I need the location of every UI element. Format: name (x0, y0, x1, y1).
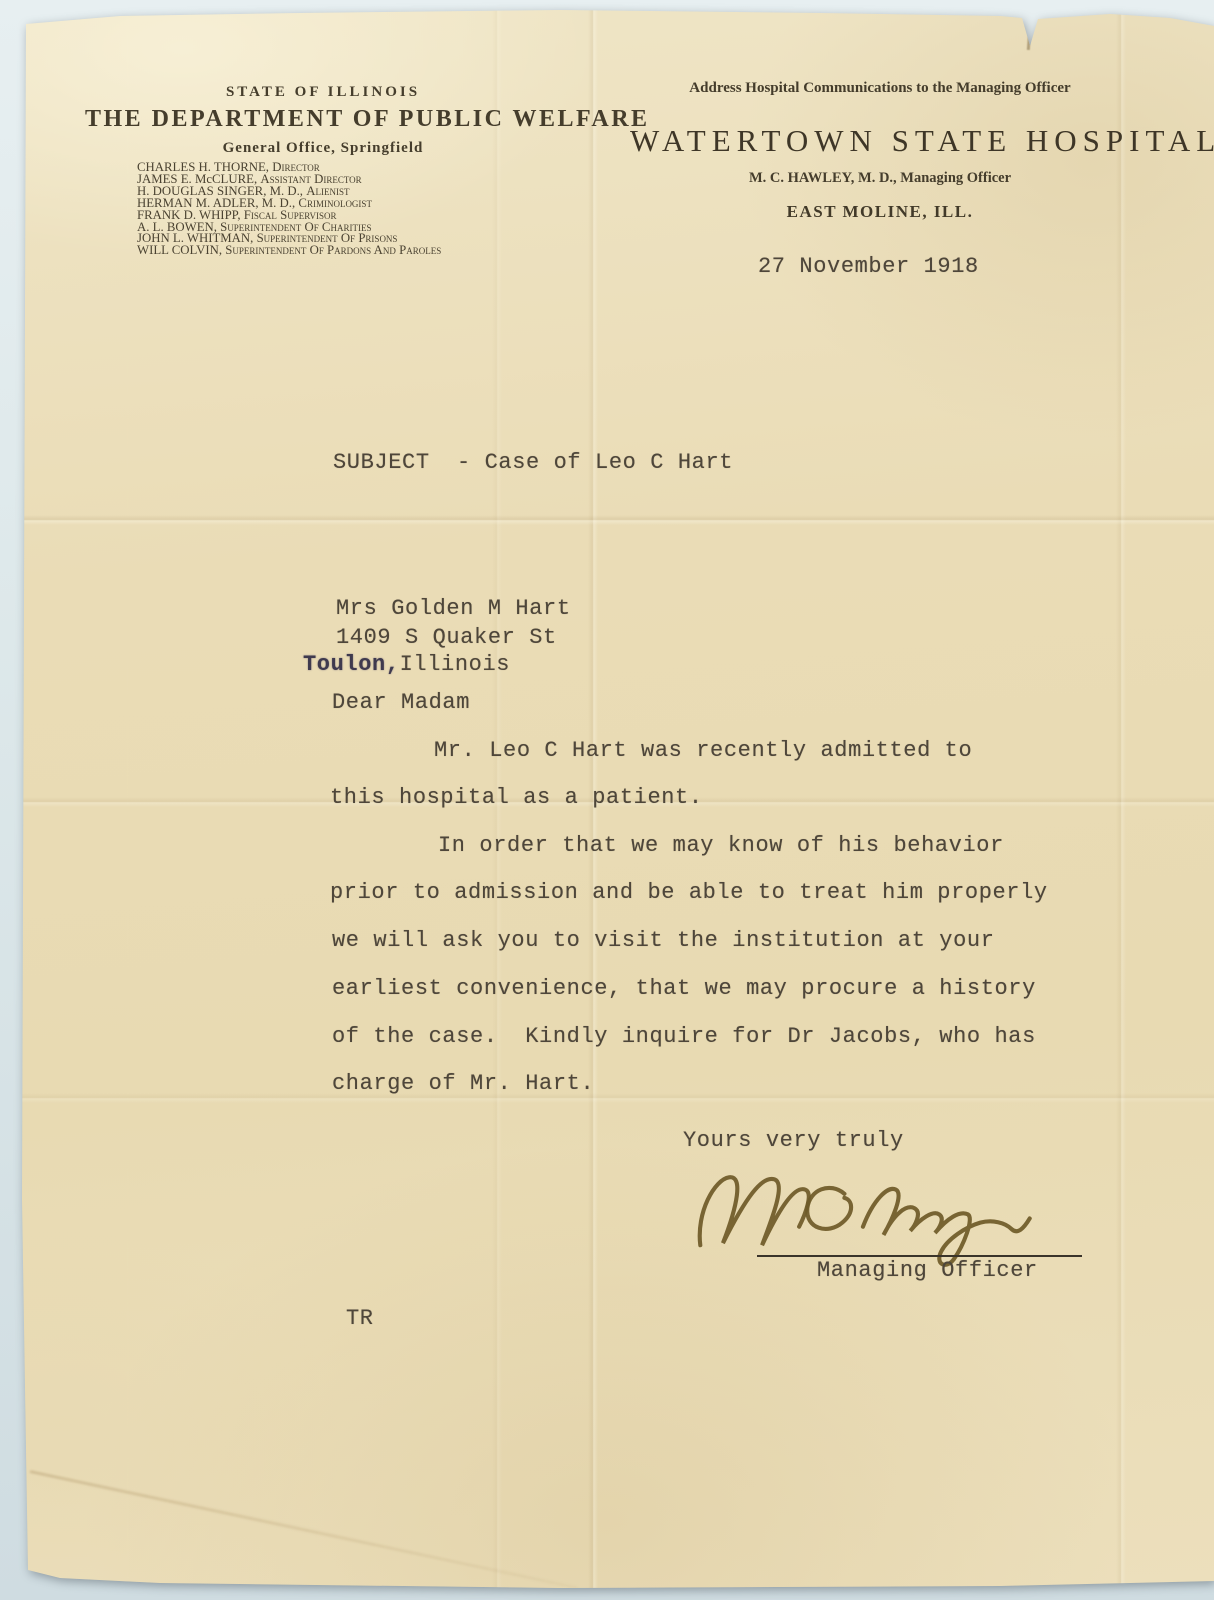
fold-crease-horizontal-upper (0, 515, 1214, 525)
subject-value: - Case of Leo C Hart (457, 450, 733, 475)
body-line: charge of Mr. Hart. (332, 1071, 594, 1096)
official-name: WILL COLVIN, (137, 243, 222, 257)
letter-paper: STATE OF ILLINOIS THE DEPARTMENT OF PUBL… (0, 0, 1214, 1600)
letterhead-left: STATE OF ILLINOIS THE DEPARTMENT OF PUBL… (85, 84, 561, 157)
subject-label: SUBJECT (333, 450, 430, 475)
state-of-illinois-heading: STATE OF ILLINOIS (85, 84, 561, 101)
city-stamp: Toulon, (303, 652, 400, 677)
body-line: prior to admission and be able to treat … (330, 880, 1048, 905)
recipient-city-line: Toulon,Illinois (303, 652, 510, 677)
body-line: In order that we may know of his behavio… (438, 833, 1004, 858)
paper-tear (1027, 16, 1032, 50)
signature-title: Managing Officer (817, 1258, 1038, 1283)
recipient-street: 1409 S Quaker St (336, 625, 557, 650)
crease-diagonal-bottom-left (30, 1470, 578, 1589)
signature-rule (757, 1255, 1082, 1257)
date-line: 27 November 1918 (758, 254, 979, 279)
body-line: earliest convenience, that we may procur… (332, 976, 1036, 1001)
recipient-state: Illinois (400, 652, 510, 677)
managing-officer-line: M. C. HAWLEY, M. D., Managing Officer (630, 170, 1130, 187)
letterhead-right: Address Hospital Communications to the M… (630, 80, 1130, 222)
body-line: this hospital as a patient. (330, 785, 703, 810)
fold-crease-vertical-right (1116, 0, 1126, 1600)
typist-initials: TR (346, 1306, 374, 1331)
body-line: we will ask you to visit the institution… (332, 928, 995, 953)
official-row: WILL COLVIN, Superintendent of Pardons a… (137, 245, 441, 257)
department-heading: THE DEPARTMENT OF PUBLIC WELFARE (85, 106, 561, 133)
recipient-name: Mrs Golden M Hart (336, 596, 571, 621)
officials-list: CHARLES H. THORNE, Director JAMES E. McC… (137, 162, 441, 257)
communications-instruction: Address Hospital Communications to the M… (630, 80, 1130, 97)
fold-crease-horizontal-lower (0, 1093, 1214, 1103)
general-office-line: General Office, Springfield (85, 140, 561, 157)
salutation: Dear Madam (332, 690, 470, 715)
closing: Yours very truly (683, 1128, 904, 1153)
official-title: Superintendent of Pardons and Paroles (225, 243, 441, 257)
location-line: EAST MOLINE, ILL. (630, 202, 1130, 222)
hospital-name-heading: WATERTOWN STATE HOSPITAL (630, 123, 1130, 159)
body-line: Mr. Leo C Hart was recently admitted to (434, 738, 972, 763)
scanned-letter: STATE OF ILLINOIS THE DEPARTMENT OF PUBL… (0, 0, 1214, 1600)
body-line: of the case. Kindly inquire for Dr Jacob… (332, 1024, 1036, 1049)
